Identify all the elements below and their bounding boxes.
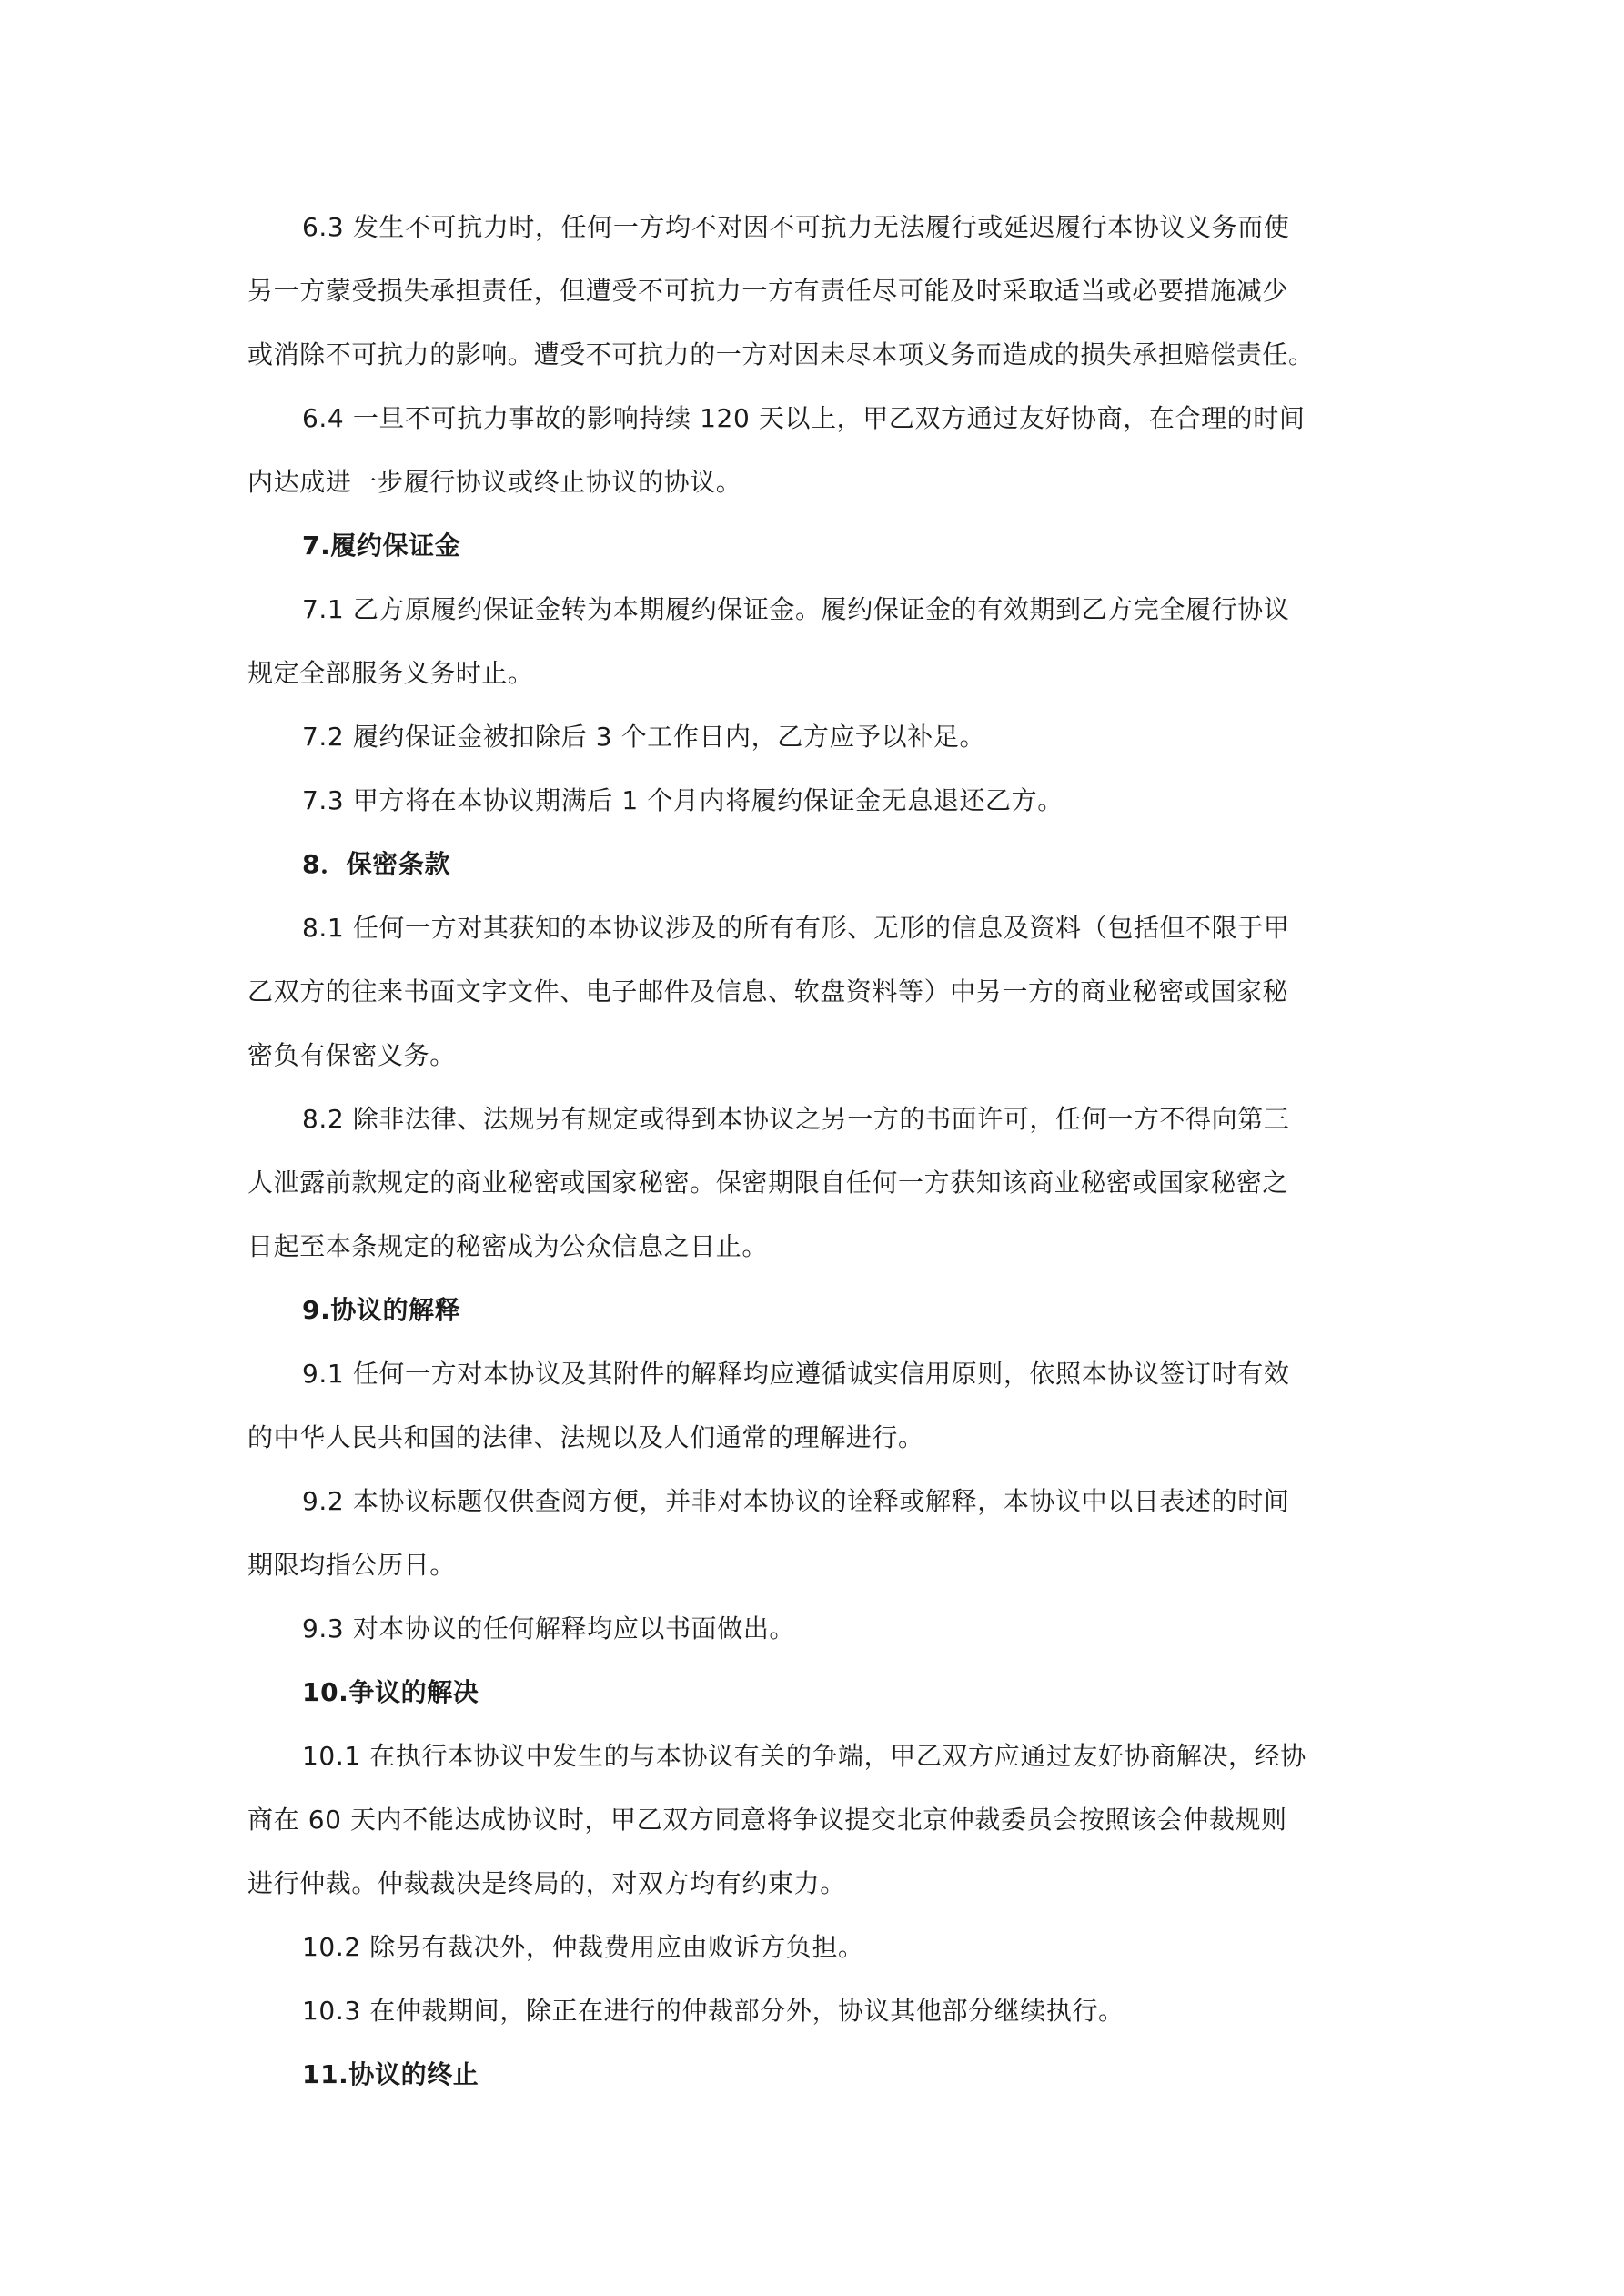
clause-9-3: 9.3 对本协议的任何解释均应以书面做出。 [247,1597,1380,1661]
clause-line: 9.2 本协议标题仅供查阅方便，并非对本协议的诠释或解释，本协议中以日表述的时间 [247,1470,1380,1533]
section-11: 11.协议的终止 [247,2043,1380,2107]
clause-6-4: 6.4 一旦不可抗力事故的影响持续 120 天以上，甲乙双方通过友好协商，在合理… [247,387,1380,514]
clause-line: 的中华人民共和国的法律、法规以及人们通常的理解进行。 [247,1406,1380,1470]
section-heading: 7.履约保证金 [247,514,1380,578]
section-10: 10.争议的解决 10.1 在执行本协议中发生的与本协议有关的争端，甲乙双方应通… [247,1661,1380,2043]
clause-7-3: 7.3 甲方将在本协议期满后 1 个月内将履约保证金无息退还乙方。 [247,769,1380,833]
clause-line: 日起至本条规定的秘密成为公众信息之日止。 [247,1215,1380,1279]
clause-line: 9.3 对本协议的任何解释均应以书面做出。 [247,1597,1380,1661]
clause-9-2: 9.2 本协议标题仅供查阅方便，并非对本协议的诠释或解释，本协议中以日表述的时间… [247,1470,1380,1597]
clause-line: 10.2 除另有裁决外，仲裁费用应由败诉方负担。 [247,1916,1380,1979]
section-heading: 11.协议的终止 [247,2043,1380,2107]
section-8: 8．保密条款 8.1 任何一方对其获知的本协议涉及的所有有形、无形的信息及资料（… [247,833,1380,1279]
section-7: 7.履约保证金 7.1 乙方原履约保证金转为本期履约保证金。履约保证金的有效期到… [247,514,1380,833]
clause-line: 乙双方的往来书面文字文件、电子邮件及信息、软盘资料等）中另一方的商业秘密或国家秘 [247,960,1380,1024]
clause-line: 7.3 甲方将在本协议期满后 1 个月内将履约保证金无息退还乙方。 [247,769,1380,833]
clause-line: 6.3 发生不可抗力时，任何一方均不对因不可抗力无法履行或延迟履行本协议义务而使 [247,196,1380,259]
clause-line: 或消除不可抗力的影响。遭受不可抗力的一方对因未尽本项义务而造成的损失承担赔偿责任… [247,323,1380,387]
clause-line: 8.1 任何一方对其获知的本协议涉及的所有有形、无形的信息及资料（包括但不限于甲 [247,896,1380,960]
clause-line: 密负有保密义务。 [247,1024,1380,1087]
clause-7-1: 7.1 乙方原履约保证金转为本期履约保证金。履约保证金的有效期到乙方完全履行协议… [247,578,1380,705]
clause-line: 7.1 乙方原履约保证金转为本期履约保证金。履约保证金的有效期到乙方完全履行协议 [247,578,1380,642]
clause-10-3: 10.3 在仲裁期间，除正在进行的仲裁部分外，协议其他部分继续执行。 [247,1979,1380,2043]
clause-line: 6.4 一旦不可抗力事故的影响持续 120 天以上，甲乙双方通过友好协商，在合理… [247,387,1380,450]
section-heading: 10.争议的解决 [247,1661,1380,1725]
section-heading: 9.协议的解释 [247,1279,1380,1342]
document-page: 6.3 发生不可抗力时，任何一方均不对因不可抗力无法履行或延迟履行本协议义务而使… [247,196,1380,2107]
clause-10-1: 10.1 在执行本协议中发生的与本协议有关的争端，甲乙双方应通过友好协商解决，经… [247,1725,1380,1916]
clause-line: 规定全部服务义务时止。 [247,642,1380,705]
clause-line: 内达成进一步履行协议或终止协议的协议。 [247,450,1380,514]
section-6-continued: 6.3 发生不可抗力时，任何一方均不对因不可抗力无法履行或延迟履行本协议义务而使… [247,196,1380,514]
clause-line: 进行仲裁。仲裁裁决是终局的，对双方均有约束力。 [247,1852,1380,1916]
clause-8-2: 8.2 除非法律、法规另有规定或得到本协议之另一方的书面许可，任何一方不得向第三… [247,1087,1380,1279]
section-9: 9.协议的解释 9.1 任何一方对本协议及其附件的解释均应遵循诚实信用原则，依照… [247,1279,1380,1661]
clause-10-2: 10.2 除另有裁决外，仲裁费用应由败诉方负担。 [247,1916,1380,1979]
clause-6-3: 6.3 发生不可抗力时，任何一方均不对因不可抗力无法履行或延迟履行本协议义务而使… [247,196,1380,387]
clause-line: 人泄露前款规定的商业秘密或国家秘密。保密期限自任何一方获知该商业秘密或国家秘密之 [247,1151,1380,1215]
clause-line: 期限均指公历日。 [247,1533,1380,1597]
clause-line: 9.1 任何一方对本协议及其附件的解释均应遵循诚实信用原则，依照本协议签订时有效 [247,1342,1380,1406]
clause-7-2: 7.2 履约保证金被扣除后 3 个工作日内，乙方应予以补足。 [247,705,1380,769]
clause-line: 8.2 除非法律、法规另有规定或得到本协议之另一方的书面许可，任何一方不得向第三 [247,1087,1380,1151]
clause-8-1: 8.1 任何一方对其获知的本协议涉及的所有有形、无形的信息及资料（包括但不限于甲… [247,896,1380,1087]
clause-line: 另一方蒙受损失承担责任，但遭受不可抗力一方有责任尽可能及时采取适当或必要措施减少 [247,259,1380,323]
section-heading: 8．保密条款 [247,833,1380,896]
clause-line: 商在 60 天内不能达成协议时，甲乙双方同意将争议提交北京仲裁委员会按照该会仲裁… [247,1788,1380,1852]
clause-line: 7.2 履约保证金被扣除后 3 个工作日内，乙方应予以补足。 [247,705,1380,769]
clause-line: 10.3 在仲裁期间，除正在进行的仲裁部分外，协议其他部分继续执行。 [247,1979,1380,2043]
clause-9-1: 9.1 任何一方对本协议及其附件的解释均应遵循诚实信用原则，依照本协议签订时有效… [247,1342,1380,1470]
clause-line: 10.1 在执行本协议中发生的与本协议有关的争端，甲乙双方应通过友好协商解决，经… [247,1725,1380,1788]
